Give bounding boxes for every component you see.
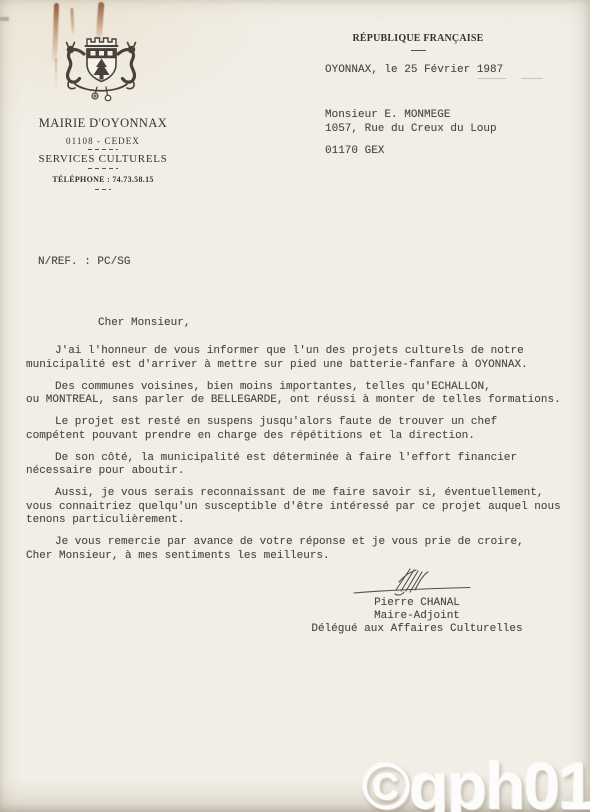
body-line: Je vous remercie par avance de votre rép… (26, 536, 524, 548)
salutation: Cher Monsieur, (98, 317, 190, 331)
paragraph: Aussi, je vous serais reconnaissant de m… (26, 487, 571, 528)
body-line: tenons particulièrement. (26, 514, 184, 526)
body-line: Aussi, je vous serais reconnaissant de m… (26, 487, 543, 499)
recipient-street: 1057, Rue du Creux du Loup (325, 123, 497, 137)
recipient-city: 01170 GEX (325, 145, 497, 159)
paragraph: Des communes voisines, bien moins import… (26, 381, 571, 408)
oyonnax-crest-icon (56, 32, 146, 104)
letter-body: J'ai l'honneur de vous informer que l'un… (26, 345, 571, 572)
separator-dash (411, 50, 426, 51)
edge-mark (0, 17, 9, 21)
republic-heading: RÉPUBLIQUE FRANÇAISE (345, 33, 491, 44)
body-line: compétent pouvant prendre en charge des … (26, 430, 475, 442)
scanned-letter-page: MAIRIE D'OYONNAX 01108 - CEDEX SERVICES … (0, 0, 590, 812)
body-line: J'ai l'honneur de vous informer que l'un… (26, 345, 524, 357)
reference-line: N/REF. : PC/SG (38, 256, 130, 270)
recipient-address: Monsieur E. MONMEGE 1057, Rue du Creux d… (325, 109, 497, 159)
paragraph: Le projet est resté en suspens jusqu'alo… (26, 416, 571, 443)
body-line: ou MONTREAL, sans parler de BELLEGARDE, … (26, 394, 561, 406)
faint-underscore (478, 78, 506, 79)
body-line: municipalité est d'arriver à mettre sur … (26, 359, 528, 371)
date-line: OYONNAX, le 25 Février 1987 (325, 64, 503, 78)
paragraph: Je vous remercie par avance de votre rép… (26, 536, 571, 563)
recipient-name: Monsieur E. MONMEGE (325, 109, 497, 123)
letterhead-department: SERVICES CULTURELS (23, 153, 183, 165)
body-line: Le projet est resté en suspens jusqu'alo… (26, 416, 497, 428)
body-line: De son côté, la municipalité est détermi… (26, 452, 517, 464)
separator-dashes (88, 168, 118, 169)
signer-name: Pierre CHANAL (288, 597, 546, 610)
paragraph: J'ai l'honneur de vous informer que l'un… (26, 345, 571, 372)
body-line: Des communes voisines, bien moins import… (26, 381, 491, 393)
signature-block: Pierre CHANAL Maire-Adjoint Délégué aux … (288, 597, 546, 636)
paragraph: De son côté, la municipalité est détermi… (26, 452, 571, 479)
handwritten-signature-icon (352, 564, 472, 598)
letterhead-phone: TÉLÉPHONE : 74.73.58.15 (23, 175, 183, 184)
signer-title: Délégué aux Affaires Culturelles (288, 623, 546, 636)
separator-dashes (88, 149, 118, 150)
body-line: vous connaitriez quelqu'un susceptible d… (26, 501, 561, 513)
faint-underscore (521, 78, 543, 79)
watermark: ©gph01 (362, 753, 590, 812)
body-line: nécessaire pour aboutir. (26, 465, 184, 477)
separator-dashes (95, 189, 111, 190)
signer-title: Maire-Adjoint (288, 610, 546, 623)
letterhead-address: 01108 - CEDEX (23, 136, 183, 146)
body-line: Cher Monsieur, à mes sentiments les meil… (26, 550, 330, 562)
letterhead-organization: MAIRIE D'OYONNAX (23, 116, 183, 131)
